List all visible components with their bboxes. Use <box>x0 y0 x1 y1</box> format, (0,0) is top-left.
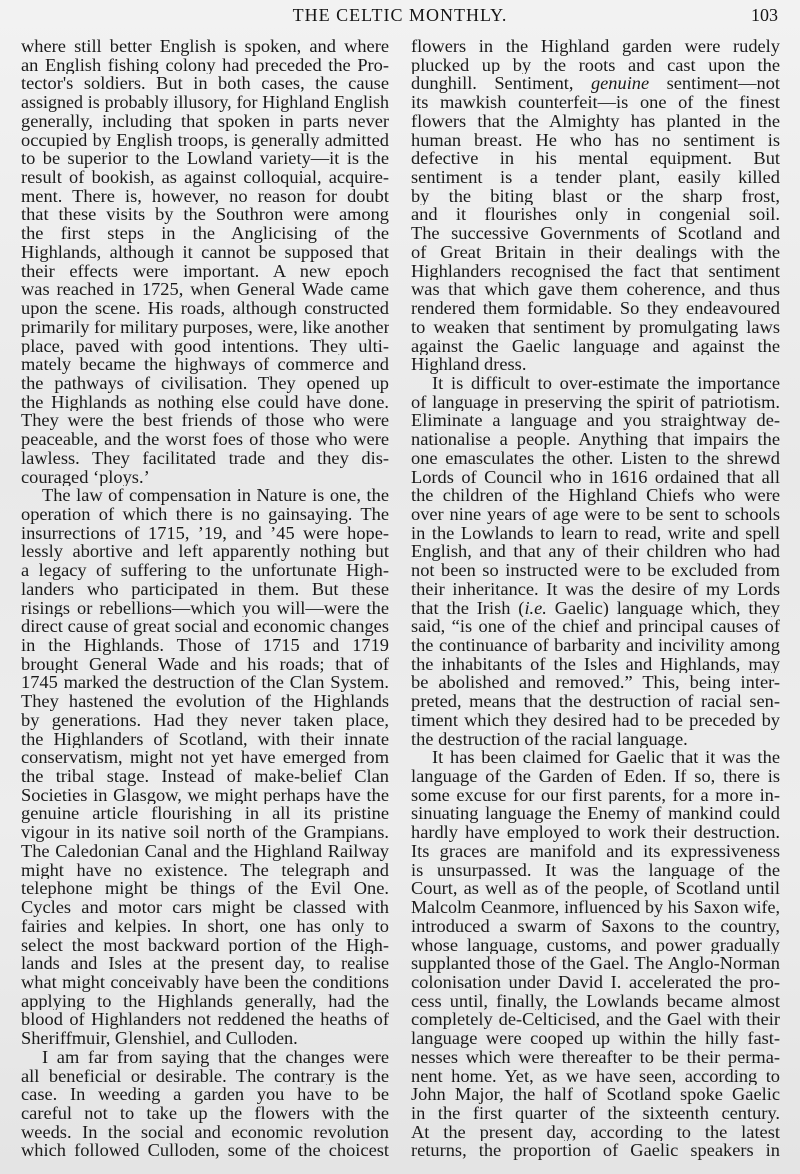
text-line: insurrections of 1715, ’19, and ’45 were… <box>21 524 389 543</box>
text-line: the Highlands as nothing else could have… <box>21 393 389 412</box>
text-line: their inheritance. It was the desire of … <box>411 580 780 599</box>
text-line: human breast. He who has no sentiment is <box>411 131 780 150</box>
text-line: one emasculates the other. Listen to the… <box>411 449 780 468</box>
text-line: its mawkish counterfeit—is one of the fi… <box>411 93 780 112</box>
text-line: result of bookish, as against colloquial… <box>21 168 389 187</box>
text-line: against the Gaelic language and against … <box>411 337 780 356</box>
text-line: be abolished and removed.” This, being i… <box>411 673 780 692</box>
text-line: generally, including that spoken in part… <box>21 112 389 131</box>
text-line: the inhabitants of the Isles and Highlan… <box>411 655 780 674</box>
text-line: introduced a swarm of Saxons to the coun… <box>411 917 780 936</box>
text-line: the children of the Highland Chiefs who … <box>411 486 780 505</box>
text-line: by the biting blast or the sharp frost, <box>411 187 780 206</box>
text-line: 1745 marked the destruction of the Clan … <box>21 673 389 692</box>
text-line: Highlands, although it cannot be suppose… <box>21 243 389 262</box>
text-line: Court, as well as of the people, of Scot… <box>411 879 780 898</box>
text-line: a legacy of suffering to the unfortunate… <box>21 561 389 580</box>
text-line: the continuance of barbarity and incivil… <box>411 636 780 655</box>
text-run: sentiment—not <box>649 74 780 93</box>
text-line: I am far from saying that the changes we… <box>21 1048 389 1067</box>
text-line: risings or rebellions—which you will—wer… <box>21 599 389 618</box>
text-line: sentiment is a tender plant, easily kill… <box>411 168 780 187</box>
text-line: operation of which there is no gainsayin… <box>21 505 389 524</box>
text-line: assigned is probably illusory, for Highl… <box>21 93 389 112</box>
text-line: peaceable, and the worst foes of those w… <box>21 430 389 449</box>
text-line: to be superior to the Lowland variety—it… <box>21 149 389 168</box>
text-line: landers who participated in them. But th… <box>21 580 389 599</box>
text-line: Societies in Glasgow, we might perhaps h… <box>21 786 389 805</box>
text-line: nationalise a people. Anything that impa… <box>411 430 780 449</box>
text-line: At the present day, according to the lat… <box>411 1123 780 1142</box>
text-line: that these visits by the Southron were a… <box>21 205 389 224</box>
text-line: Highland dress. <box>411 355 780 374</box>
text-line: in the Highlands. Those of 1715 and 1719 <box>21 636 389 655</box>
text-line: direct cause of great social and economi… <box>21 617 389 636</box>
text-line: They were the best friends of those who … <box>21 411 389 430</box>
text-line: tector's soldiers. But in both cases, th… <box>21 74 389 93</box>
italic-emphasis: genuine <box>591 74 649 93</box>
text-line: by generations. Had they never taken pla… <box>21 711 389 730</box>
text-line: an English fishing colony had preceded t… <box>21 56 389 75</box>
text-line: their effects were important. A new epoc… <box>21 262 389 281</box>
text-line: nent home. Yet, as we have seen, accordi… <box>411 1067 780 1086</box>
text-line: plucked up by the roots and cast upon th… <box>411 56 780 75</box>
text-line: mately became the highways of commerce a… <box>21 355 389 374</box>
text-line: lessly abortive and left apparently noth… <box>21 542 389 561</box>
text-line: select the most backward portion of the … <box>21 936 389 955</box>
text-line: They hastened the evolution of the Highl… <box>21 692 389 711</box>
text-line: John Major, the half of Scotland spoke G… <box>411 1085 780 1104</box>
text-line: upon the scene. His roads, although cons… <box>21 299 389 318</box>
text-line: in the Lowlands to learn to read, write … <box>411 524 780 543</box>
text-line: timent which they desired had to be prec… <box>411 711 780 730</box>
text-line: language were cooped up within the hilly… <box>411 1029 780 1048</box>
text-line: dunghill. Sentiment, genuine sentiment—n… <box>411 74 780 93</box>
text-line: Highlanders recognised the fact that sen… <box>411 262 780 281</box>
text-line: of Great Britain in their dealings with … <box>411 243 780 262</box>
text-line: The successive Governments of Scotland a… <box>411 224 780 243</box>
text-line: all beneficial or desirable. The contrar… <box>21 1067 389 1086</box>
text-line: might have no existence. The telegraph a… <box>21 861 389 880</box>
text-line: cess until, finally, the Lowlands became… <box>411 992 780 1011</box>
text-line: to weaken that sentiment by promulgating… <box>411 318 780 337</box>
text-line: Sheriffmuir, Glenshiel, and Culloden. <box>21 1029 389 1048</box>
text-line: the destruction of the racial language. <box>411 730 780 749</box>
page-number: 103 <box>751 5 778 26</box>
text-line: primarily for military purposes, were, l… <box>21 318 389 337</box>
left-column: where still better English is spoken, an… <box>21 37 389 1160</box>
text-line: where still better English is spoken, an… <box>21 37 389 56</box>
text-line: flowers that the Almighty has planted in… <box>411 112 780 131</box>
text-line: whose language, customs, and power gradu… <box>411 936 780 955</box>
text-line: weeds. In the social and economic revolu… <box>21 1123 389 1142</box>
text-line: The law of compensation in Nature is one… <box>21 486 389 505</box>
text-line: what might conceivably have been the con… <box>21 973 389 992</box>
text-line: preted, means that the destruction of ra… <box>411 692 780 711</box>
text-line: was reached in 1725, when General Wade c… <box>21 280 389 299</box>
text-line: completely de-Celticised, and the Gael w… <box>411 1010 780 1029</box>
text-line: place, paved with good intentions. They … <box>21 337 389 356</box>
text-line: case. In weeding a garden you have to be <box>21 1085 389 1104</box>
text-line: conservatism, might not yet have emerged… <box>21 748 389 767</box>
text-line: of language in preserving the spirit of … <box>411 393 780 412</box>
text-run: dunghill. Sentiment, <box>411 74 591 93</box>
text-line: the Highlanders of Scotland, with their … <box>21 730 389 749</box>
text-line: hardly have employed to work their destr… <box>411 823 780 842</box>
text-line: defective in his mental equipment. But <box>411 149 780 168</box>
text-line: colonisation under David I. accelerated … <box>411 973 780 992</box>
text-line: brought General Wade and his roads; that… <box>21 655 389 674</box>
text-line: language of the Garden of Eden. If so, t… <box>411 767 780 786</box>
publication-title: THE CELTIC MONTHLY. <box>0 5 800 26</box>
text-line: It is difficult to over-estimate the imp… <box>411 374 780 393</box>
text-line: genuine article flourishing in all its p… <box>21 804 389 823</box>
text-line: rendered them formidable. So they endeav… <box>411 299 780 318</box>
text-line: flowers in the Highland garden were rude… <box>411 37 780 56</box>
text-line: couraged ‘ploys.’ <box>21 468 389 487</box>
text-line: not been so instructed were to be exclud… <box>411 561 780 580</box>
text-line: It has been claimed for Gaelic that it w… <box>411 748 780 767</box>
text-line: the pathways of civilisation. They opene… <box>21 374 389 393</box>
text-line: said, “is one of the chief and principal… <box>411 617 780 636</box>
text-line: lawless. They facilitated trade and they… <box>21 449 389 468</box>
text-line: Malcolm Ceanmore, influenced by his Saxo… <box>411 898 780 917</box>
text-line: in the first quarter of the sixteenth ce… <box>411 1104 780 1123</box>
text-line: returns, the proportion of Gaelic speake… <box>411 1141 780 1160</box>
text-run: Gaelic) language which, they <box>547 599 780 618</box>
italic-emphasis: i.e. <box>524 599 546 618</box>
text-line: the first steps in the Anglicising of th… <box>21 224 389 243</box>
text-line: supplanted those of the Gael. The Anglo-… <box>411 954 780 973</box>
text-line: some excuse for our first parents, for a… <box>411 786 780 805</box>
text-line: over nine years of age were to be sent t… <box>411 505 780 524</box>
text-line: and it flourishes only in congenial soil… <box>411 205 780 224</box>
text-line: occupied by English troops, is generally… <box>21 131 389 150</box>
right-column: flowers in the Highland garden were rude… <box>411 37 780 1160</box>
text-line: that the Irish (i.e. Gaelic) language wh… <box>411 599 780 618</box>
text-line: fairies and kelpies. In short, one has o… <box>21 917 389 936</box>
text-line: which followed Culloden, some of the cho… <box>21 1141 389 1160</box>
text-line: Lords of Council who in 1616 ordained th… <box>411 468 780 487</box>
text-line: Eliminate a language and you straightway… <box>411 411 780 430</box>
text-line: the tribal stage. Instead of make-belief… <box>21 767 389 786</box>
text-run: that the Irish ( <box>411 599 524 618</box>
text-line: English, and that any of their children … <box>411 542 780 561</box>
text-line: careful not to take up the flowers with … <box>21 1104 389 1123</box>
running-header: THE CELTIC MONTHLY. 103 <box>0 3 800 27</box>
text-line: vigour in its native soil north of the G… <box>21 823 389 842</box>
text-line: ment. There is, however, no reason for d… <box>21 187 389 206</box>
text-line: lands and Isles at the present day, to r… <box>21 954 389 973</box>
text-line: telephone might be things of the Evil On… <box>21 879 389 898</box>
text-line: blood of Highlanders not reddened the he… <box>21 1010 389 1029</box>
text-line: sinuating language the Enemy of mankind … <box>411 804 780 823</box>
text-line: is unsurpassed. It was the language of t… <box>411 861 780 880</box>
text-line: The Caledonian Canal and the Highland Ra… <box>21 842 389 861</box>
text-line: Cycles and motor cars might be classed w… <box>21 898 389 917</box>
text-line: nesses which were thereafter to be their… <box>411 1048 780 1067</box>
text-line: applying to the Highlands generally, had… <box>21 992 389 1011</box>
text-line: Its graces are manifold and its expressi… <box>411 842 780 861</box>
text-line: was that which gave them coherence, and … <box>411 280 780 299</box>
